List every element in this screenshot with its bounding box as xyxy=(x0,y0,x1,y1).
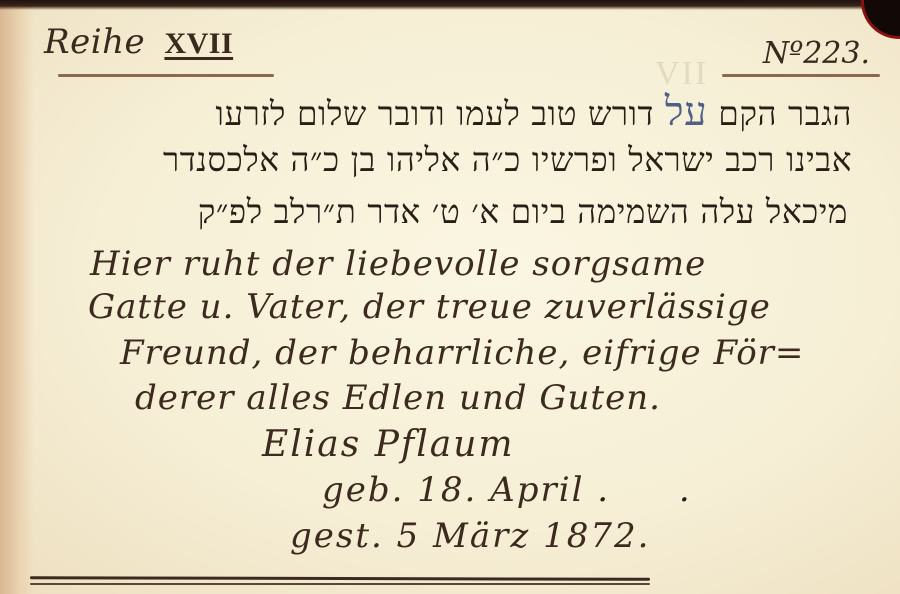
hebrew-line-2: אבינו רכב ישראל ופרשיו כ״ה אליהו בן כ״ה … xyxy=(12,140,852,180)
epitaph-line-4: derer alles Edlen und Guten. xyxy=(135,378,661,418)
epitaph-line-2: Gatte u. Vater, der treue zuverlässige xyxy=(88,287,771,327)
hebrew-line-1: הגבר הקם על דורש טוב לעמו ודובר שלום לזר… xyxy=(12,88,852,135)
page-top-edge xyxy=(0,0,900,10)
blue-pencil-correction: על xyxy=(665,89,707,135)
register-page: VII Reihe XVII Nº223. הגבר הקם על דורש ט… xyxy=(0,0,900,594)
deceased-name: Elias Pflaum xyxy=(262,424,515,465)
death-date: gest. 5 März 1872. xyxy=(290,516,650,556)
entry-number: Nº223. xyxy=(763,36,870,71)
entry-separator-rule-secondary xyxy=(30,583,650,585)
row-underline xyxy=(58,74,274,77)
hebrew-line-3: מיכאל עלה השמימה ביום א׳ ט׳ אדר ת״רלב לפ… xyxy=(8,192,848,232)
entry-header: Reihe XVII Nº223. xyxy=(44,22,880,82)
birth-date-text: geb. 18. April xyxy=(322,470,584,510)
entry-separator-rule xyxy=(30,576,650,581)
row-number: XVII xyxy=(164,27,233,60)
entry-number-underline xyxy=(722,74,880,77)
birth-year-placeholder-dots: . . xyxy=(597,470,719,510)
epitaph-line-3: Freund, der beharrliche, eifrige För= xyxy=(120,333,804,373)
row-label-text: Reihe xyxy=(44,22,145,62)
birth-date: geb. 18. April . . xyxy=(322,470,720,510)
epitaph-line-1: Hier ruht der liebevolle sorgsame xyxy=(90,244,706,284)
hebrew-text-1b: דורש טוב לעמו ודובר שלום לזרעו xyxy=(216,94,654,133)
hebrew-text-1a: הגבר הקם xyxy=(718,94,852,133)
entry-number-label: Nº xyxy=(763,36,803,71)
entry-number-value: 223. xyxy=(803,36,870,71)
row-label: Reihe XVII xyxy=(44,22,233,62)
